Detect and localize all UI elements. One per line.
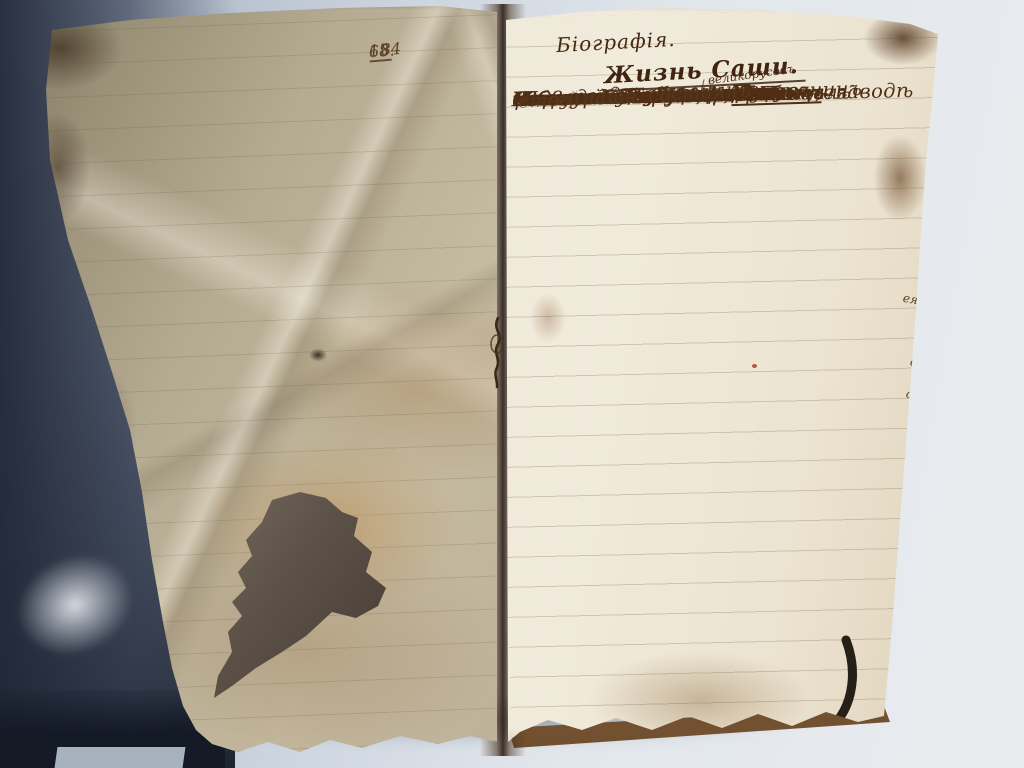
photo-of-open-manuscript: 84 15 68. Біографія. Жизнь Саши. Я родил… xyxy=(0,0,1024,768)
crossed-line-tail: ей. xyxy=(556,88,588,111)
red-speck xyxy=(752,364,757,368)
binding-thread xyxy=(484,314,514,390)
